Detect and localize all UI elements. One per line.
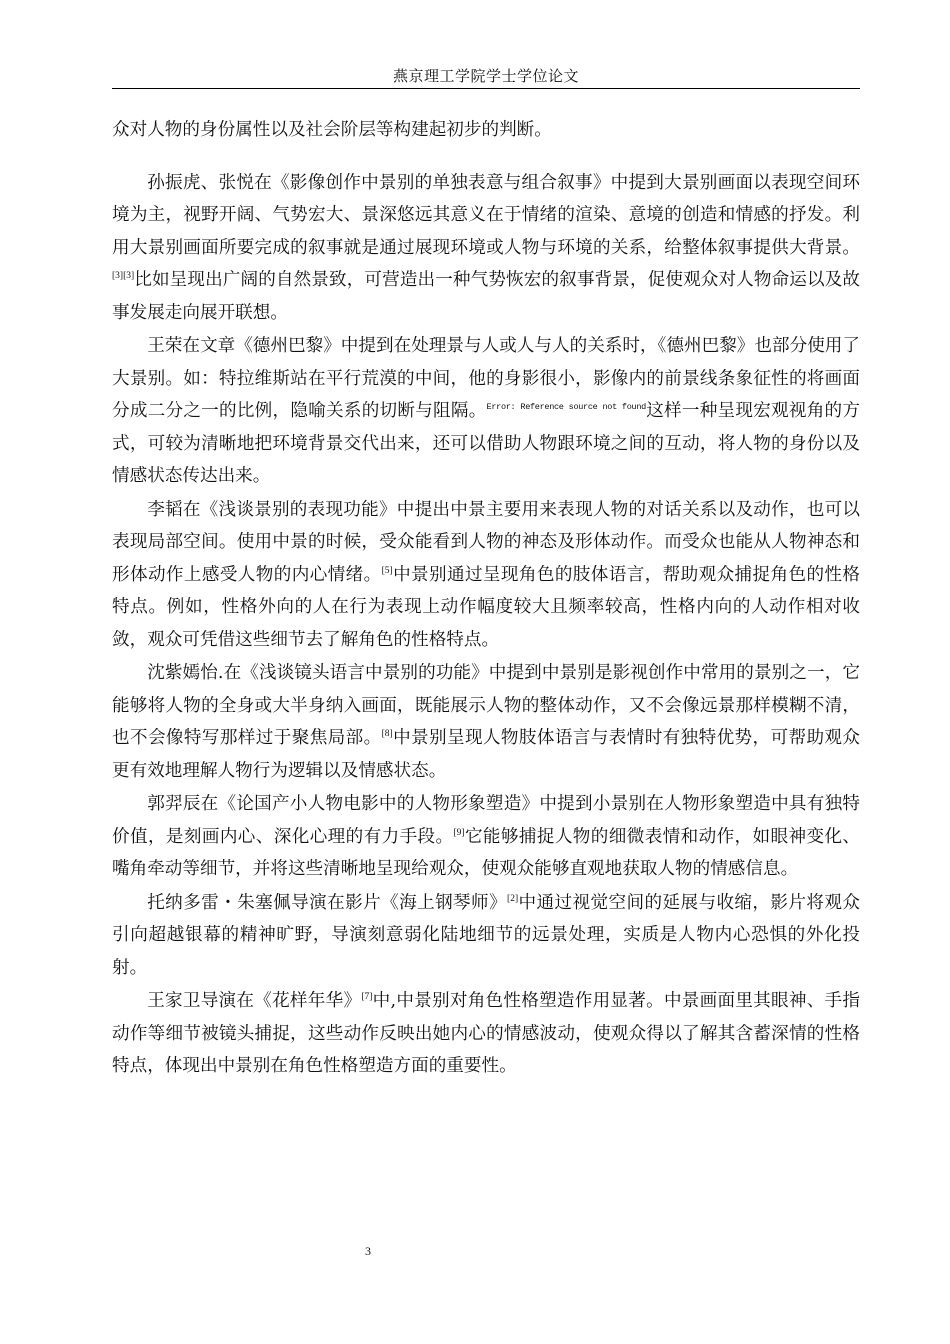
citation-ref: [3][3]: [112, 271, 134, 281]
paragraph-3: 李韬在《浅谈景别的表现功能》中提出中景主要用来表现人物的对话关系以及动作，也可以…: [112, 494, 860, 657]
header-rule: [112, 88, 860, 89]
paragraph-6: 托纳多雷・朱塞佩导演在影片《海上钢琴师》[2]中通过视觉空间的延展与收缩，影片将…: [112, 887, 860, 985]
paragraph-0: 众对人物的身份属性以及社会阶层等构建起初步的判断。: [112, 114, 860, 147]
body-text: 众对人物的身份属性以及社会阶层等构建起初步的判断。 孙振虎、张悦在《影像创作中景…: [112, 114, 860, 1083]
citation-ref: [5]: [382, 566, 393, 576]
citation-ref: [7]: [361, 992, 372, 1002]
paragraph-1: 孙振虎、张悦在《影像创作中景别的单独表意与组合叙事》中提到大景别画面以表现空间环…: [112, 167, 860, 330]
paragraph-5: 郭羿辰在《论国产小人物电影中的人物形象塑造》中提到小景别在人物形象塑造中具有独特…: [112, 788, 860, 886]
paragraph-text: 托纳多雷・朱塞佩导演在影片《海上钢琴师》: [147, 893, 507, 913]
citation-ref: [2]: [507, 894, 518, 904]
citation-ref: [9]: [454, 828, 465, 838]
paragraph-text: 王家卫导演在《花样年华》: [147, 991, 361, 1011]
paragraph-7: 王家卫导演在《花样年华》[7]中,中景别对角色性格塑造作用显著。中景画面里其眼神…: [112, 985, 860, 1083]
citation-ref: [8]: [382, 729, 393, 739]
paragraph-2: 王荣在文章《德州巴黎》中提到在处理景与人或人与人的关系时，《德州巴黎》也部分使用…: [112, 330, 860, 493]
paragraph-4: 沈紫嫣怡.在《浅谈镜头语言中景别的功能》中提到中景别是影视创作中常用的景别之一，…: [112, 657, 860, 787]
reference-error: Error: Reference source not found: [487, 402, 646, 412]
running-header: 燕京理工学院学士学位论文: [112, 66, 860, 86]
paragraph-text: 比如呈现出广阔的自然景致，可营造出一种气势恢宏的叙事背景，促使观众对人物命运以及…: [112, 270, 860, 323]
page-number: 3: [365, 1244, 371, 1259]
paragraph-text: 孙振虎、张悦在《影像创作中景别的单独表意与组合叙事》中提到大景别画面以表现空间环…: [112, 173, 860, 258]
paragraph-text: 众对人物的身份属性以及社会阶层等构建起初步的判断。: [112, 120, 552, 140]
